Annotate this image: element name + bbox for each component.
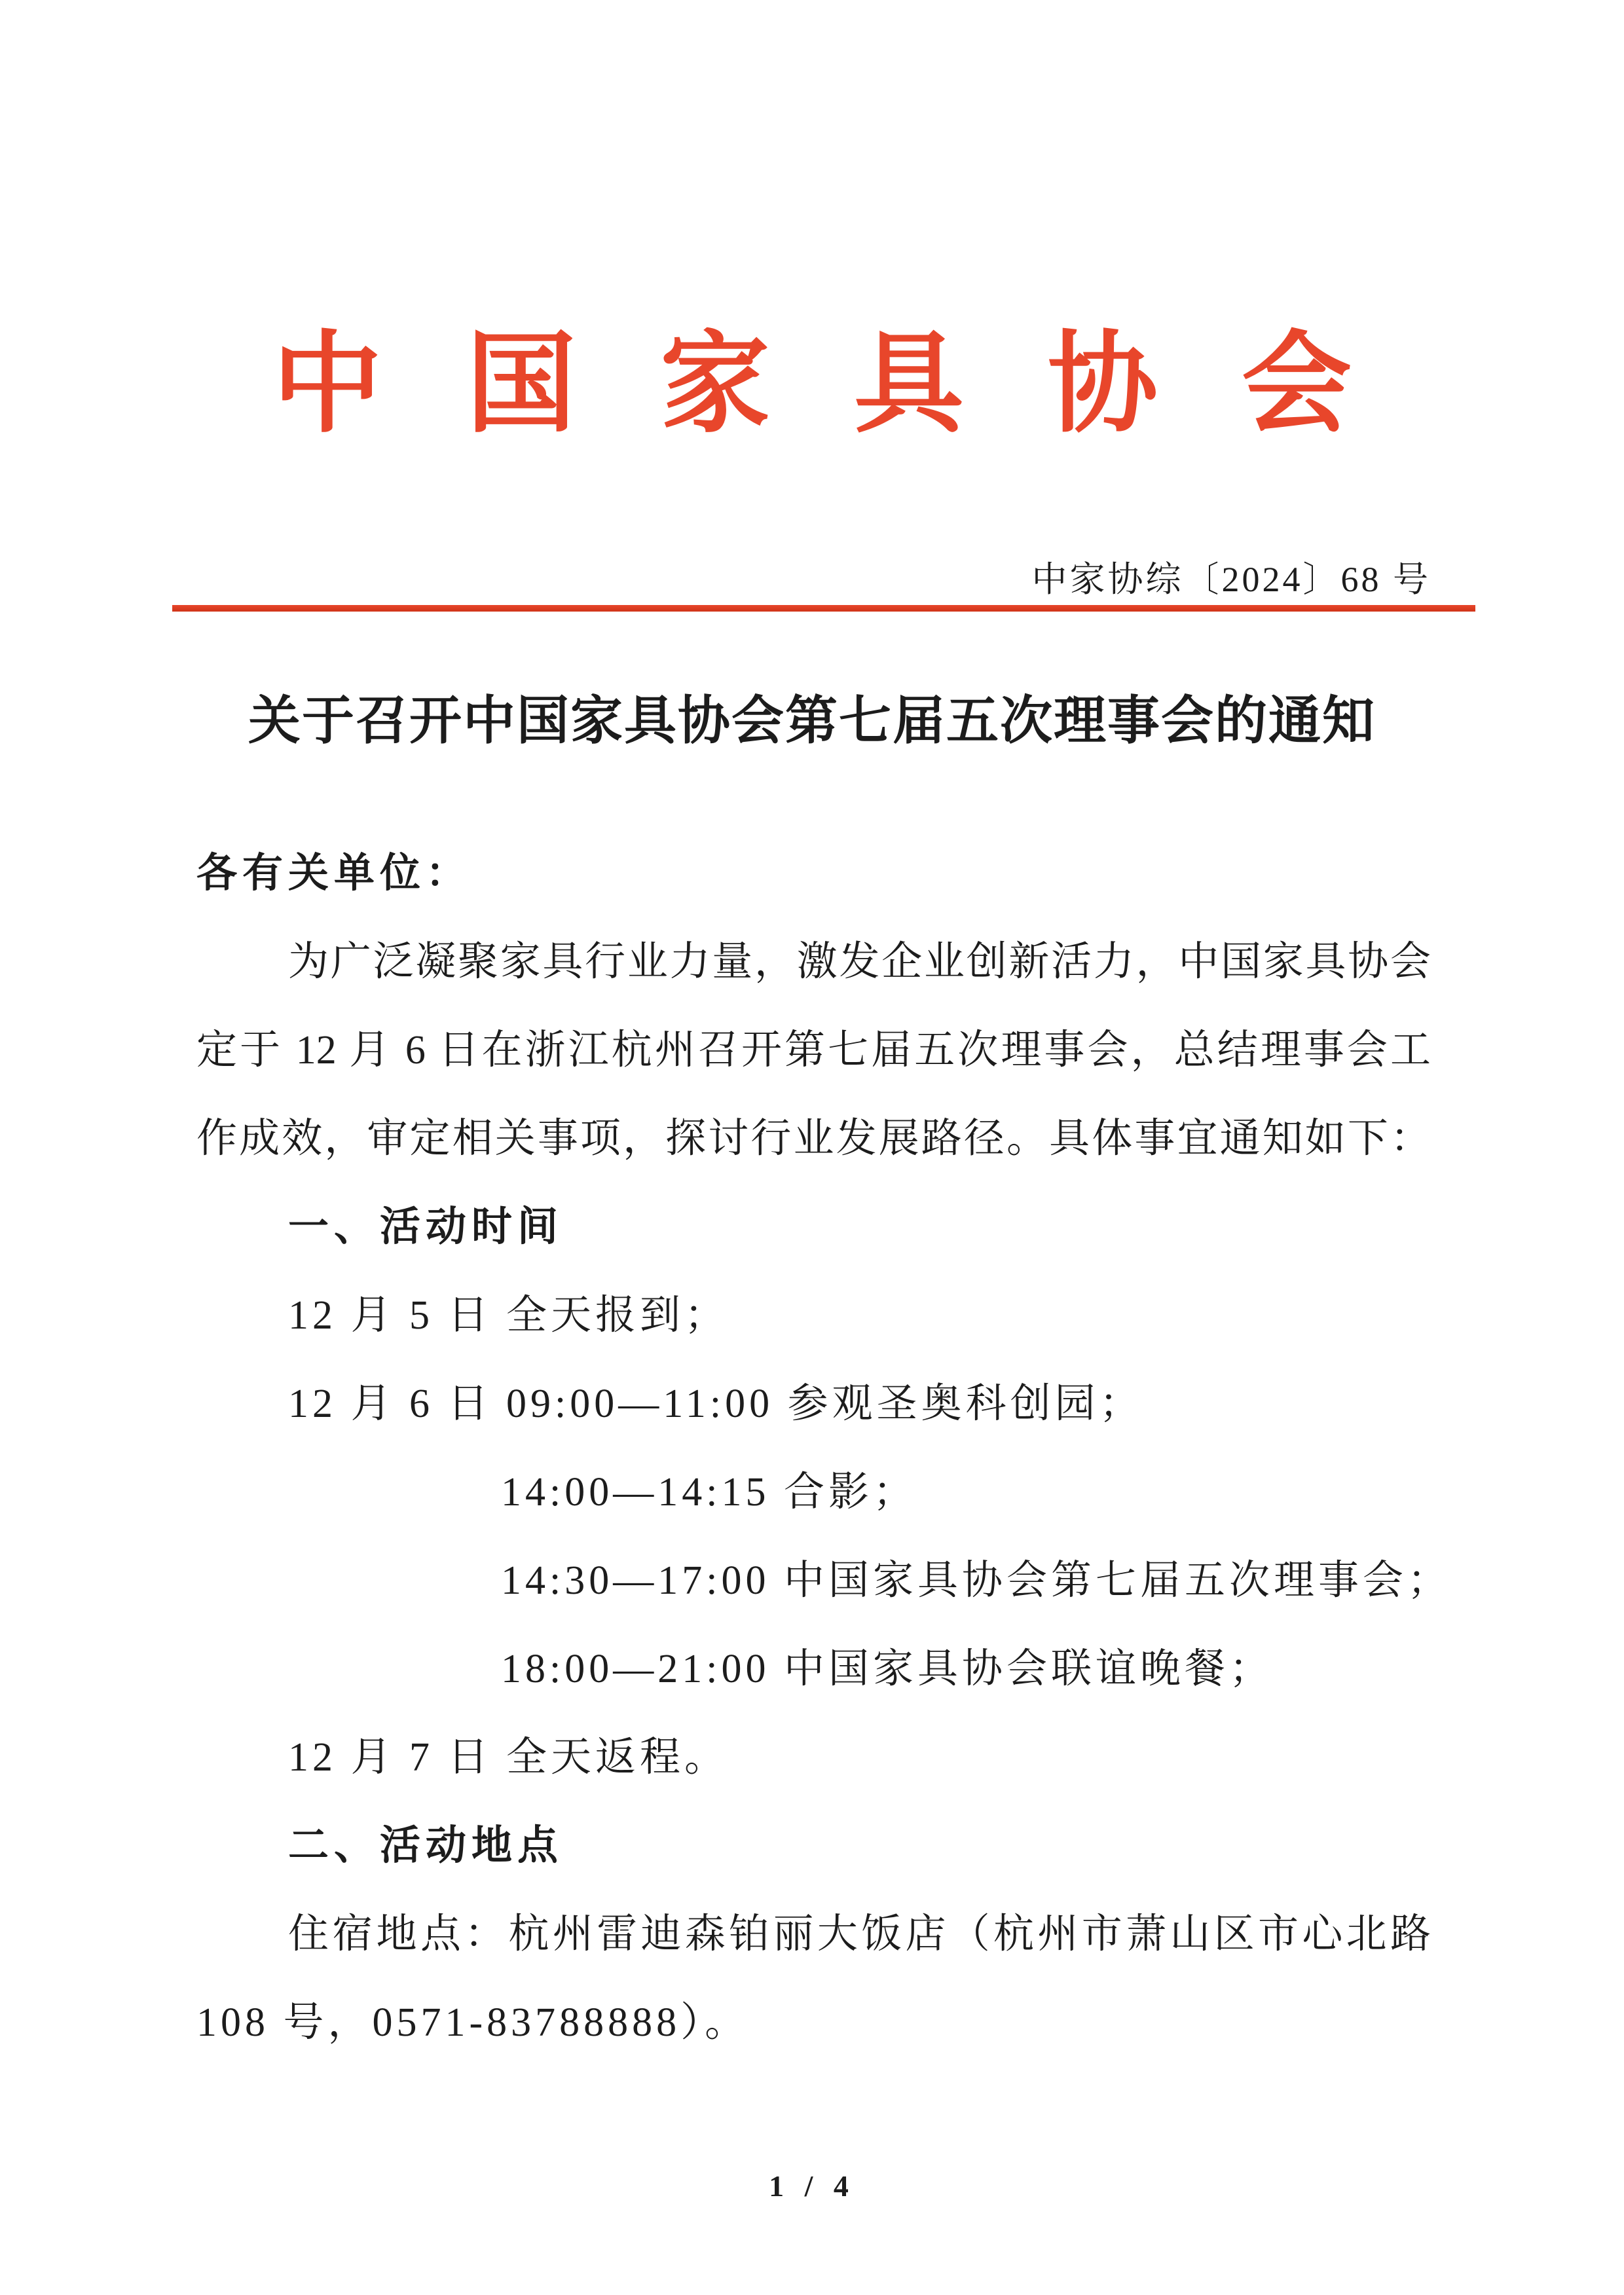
salutation: 各有关单位： xyxy=(196,840,471,898)
schedule-line: 14:00—14:15 合影； xyxy=(501,1459,917,1517)
address-line-2: 108 号，0571-83788888）。 xyxy=(196,1989,749,2047)
schedule-line: 14:30—17:00 中国家具协会第七届五次理事会； xyxy=(501,1547,1452,1606)
intro-line-1: 为广泛凝聚家具行业力量，激发企业创新活力，中国家具协会 xyxy=(288,928,1431,987)
section1-heading: 一、活动时间 xyxy=(288,1194,563,1252)
red-divider-rule xyxy=(172,605,1475,612)
document-page: 中国家具协会 中家协综〔2024〕68 号 关于召开中国家具协会第七届五次理事会… xyxy=(0,0,1624,2295)
notice-title: 关于召开中国家具协会第七届五次理事会的通知 xyxy=(0,678,1624,754)
schedule-line: 18:00—21:00 中国家具协会联谊晚餐； xyxy=(501,1636,1274,1694)
section2-heading: 二、活动地点 xyxy=(288,1812,563,1871)
address-line-1: 住宿地点：杭州雷迪森铂丽大饭店（杭州市萧山区市心北路 xyxy=(288,1901,1431,1959)
page-number: 1 / 4 xyxy=(0,2169,1624,2203)
intro-line-2: 定于 12 月 6 日在浙江杭州召开第七届五次理事会，总结理事会工 xyxy=(196,1017,1431,1075)
document-number: 中家协综〔2024〕68 号 xyxy=(1032,551,1431,602)
letterhead-title: 中国家具协会 xyxy=(0,296,1624,454)
intro-line-3: 作成效，审定相关事项，探讨行业发展路径。具体事宜通知如下： xyxy=(196,1105,1431,1164)
schedule-line: 12 月 7 日 全天返程。 xyxy=(288,1724,729,1782)
schedule-line: 12 月 5 日 全天报到； xyxy=(288,1282,729,1340)
schedule-line: 12 月 6 日 09:00—11:00 参观圣奥科创园； xyxy=(288,1370,1144,1429)
